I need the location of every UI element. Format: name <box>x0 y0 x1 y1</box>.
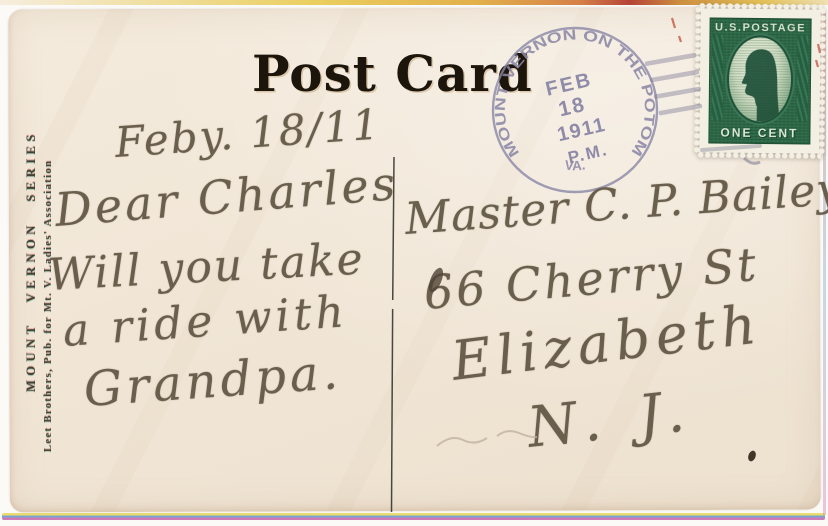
postcard-title: Post Card <box>252 44 492 103</box>
postcard-scan: Post Card MOUNT VERNON SERIES Leet Broth… <box>0 0 828 526</box>
stamp-top-label: U.S.POSTAGE <box>710 21 810 34</box>
stamp-paper: U.S.POSTAGE ONE CENT <box>699 8 821 153</box>
stamp-frame: U.S.POSTAGE ONE CENT <box>708 17 811 144</box>
stamp-portrait-oval <box>729 37 792 122</box>
postmark-day: 18 <box>556 93 588 122</box>
postage-stamp: U.S.POSTAGE ONE CENT <box>696 5 824 156</box>
postmark-meridiem: P.M. <box>566 140 610 168</box>
scan-edge-bottom <box>2 513 825 520</box>
publisher-series-text: MOUNT VERNON SERIES <box>24 130 39 392</box>
franklin-portrait-icon <box>729 37 792 122</box>
publisher-imprint-text: Leet Brothers, Pub. for Mt. V. Ladies' A… <box>43 160 54 452</box>
stamp-denomination-label: ONE CENT <box>709 125 809 140</box>
